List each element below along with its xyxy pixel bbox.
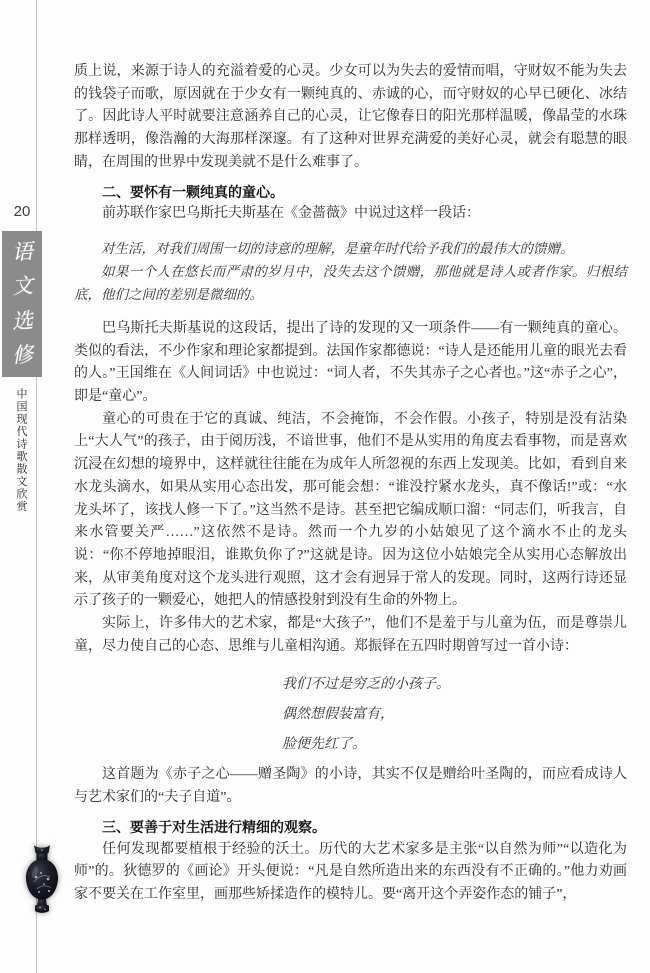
margin-rule-line <box>36 0 37 973</box>
series-char: 选 <box>11 310 33 332</box>
body-paragraph: 童心的可贵在于它的真诚、纯洁，不会掩饰，不会作假。小孩子，特别是没有沾染上“大人… <box>74 409 627 613</box>
book-page: 20 语 文 选 修 中国现代诗歌散文欣赏 <box>0 0 650 973</box>
poem-block: 我们不过是穷乏的小孩子。 偶然想假装富有， 脸便先红了。 <box>282 670 627 760</box>
body-paragraph: 前苏联作家巴乌斯托夫斯基在《金蔷薇》中说过这样一段话： <box>74 203 627 226</box>
series-char: 文 <box>11 276 33 298</box>
page-number: 20 <box>8 203 36 220</box>
series-char: 语 <box>11 241 33 263</box>
quote-paragraph: 如果一个人在悠长而严肃的岁月中，没失去这个馈赠，那他就是诗人或者作家。归根结底，… <box>74 260 627 306</box>
body-paragraph: 质上说，来源于诗人的充溢着爱的心灵。少女可以为失去的爱情而唱，守财奴不能为失去的… <box>74 61 627 175</box>
poem-line: 偶然想假装富有， <box>282 700 627 730</box>
body-paragraph: 实际上，许多伟大的艺术家，都是“大孩子”，他们不是羞于与儿童为伍，而是尊崇儿童，… <box>74 613 627 658</box>
body-paragraph: 任何发现都要植根于经验的沃土。历代的大艺术家多是主张“以自然为师”“以造化为师”… <box>74 839 627 907</box>
vase-icon <box>24 844 60 918</box>
series-title-badge: 语 文 选 修 <box>2 231 42 377</box>
poem-line: 脸便先红了。 <box>282 730 627 760</box>
series-char: 修 <box>11 345 33 367</box>
body-paragraph: 巴乌斯托夫斯基说的这段话，提出了诗的发现的又一项条件——有一颗纯真的童心。类似的… <box>74 318 627 409</box>
blockquote: 对生活，对我们周围一切的诗意的理解，是童年时代给予我们的最伟大的馈赠。 如果一个… <box>74 237 627 306</box>
quote-paragraph: 对生活，对我们周围一切的诗意的理解，是童年时代给予我们的最伟大的馈赠。 <box>74 237 627 260</box>
subseries-title-vertical: 中国现代诗歌散文欣赏 <box>13 388 29 513</box>
page-content: 质上说，来源于诗人的充溢着爱的心灵。少女可以为失去的爱情而唱，守财奴不能为失去的… <box>74 61 627 907</box>
body-paragraph: 这首题为《赤子之心——赠圣陶》的小诗，其实不仅是赠给叶圣陶的，而应看成诗人与艺术… <box>74 764 627 809</box>
section-heading-2: 二、要怀有一颗纯真的童心。 <box>74 181 627 204</box>
section-heading-3: 三、要善于对生活进行精细的观察。 <box>74 816 627 839</box>
poem-line: 我们不过是穷乏的小孩子。 <box>282 670 627 700</box>
vase-illustration <box>24 844 60 918</box>
